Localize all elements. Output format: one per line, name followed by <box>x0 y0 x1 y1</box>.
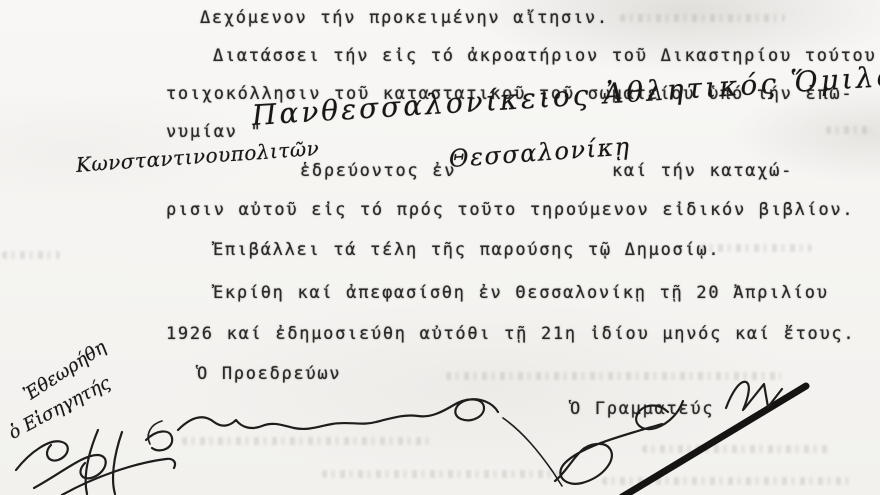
margin-signature <box>16 430 175 495</box>
president-title: Ὁ Προεδρεύων <box>197 364 341 384</box>
typed-line-orders-posting: Διατάσσει τήν εἰς τό ἀκροατήριον τοῦ Δικ… <box>213 46 876 66</box>
handwritten-club-name-line1: Πανθεσσαλονίκειος Ἀθλητικός Ὅμιλος <box>251 58 880 131</box>
typed-line-registration-start: καί τήν καταχώ- <box>612 161 793 181</box>
bleedthrough-mark <box>642 445 830 453</box>
secretary-title: Ὁ Γραμματεύς <box>570 399 714 419</box>
typed-line-accepting-petition: Δεχόμενον τήν προκειμένην αἴτησιν. <box>200 8 609 28</box>
typed-line-fees: Ἐπιβάλλει τά τέλη τῆς παρούσης τῷ Δημοσί… <box>213 240 720 260</box>
bleedthrough-mark <box>322 470 558 478</box>
handwritten-club-name-line2: Κωνσταντινουπολιτῶν <box>75 136 320 177</box>
typed-line-special-book: ρισιν αὐτοῦ εἰς τό πρός τοῦτο τηρούμενον… <box>166 200 854 220</box>
bleedthrough-mark <box>602 477 850 485</box>
typed-line-published-date: 1926 καί ἐδημοσιεύθη αὐτόθι τῇ 21η ἰδίου… <box>166 324 855 344</box>
scanned-document-page: Δεχόμενον τήν προκειμένην αἴτησιν. Διατά… <box>0 0 880 495</box>
bleedthrough-mark <box>2 251 60 259</box>
typed-line-seated-in: ἑδρεύοντος ἐν <box>300 161 456 181</box>
bleedthrough-mark <box>826 126 872 134</box>
typed-line-name-prefix: νυμίαν " <box>166 122 262 142</box>
handwritten-city: Θεσσαλονίκῃ <box>448 132 631 173</box>
typed-line-decided-date: Ἐκρίθη καί ἀπεφασίσθη ἐν Θεσσαλονίκῃ τῇ … <box>213 283 829 303</box>
bleedthrough-mark <box>182 437 430 445</box>
bleedthrough-mark <box>620 14 785 22</box>
bleedthrough-mark <box>446 372 782 380</box>
